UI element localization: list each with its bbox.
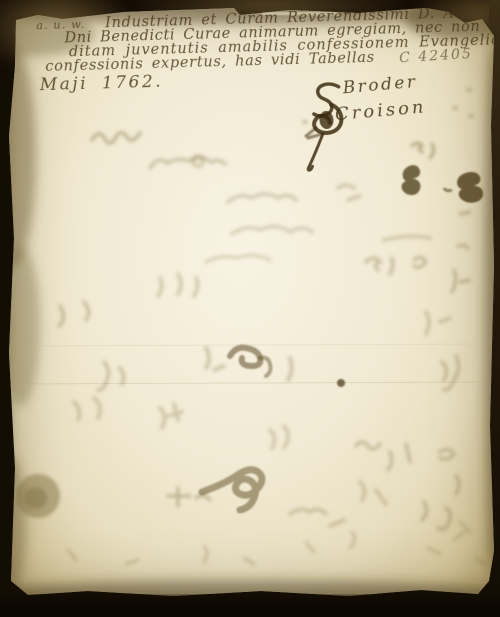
large-flourish bbox=[202, 470, 262, 510]
signature-first-line: Broder bbox=[342, 72, 418, 98]
ink-dot bbox=[337, 379, 345, 387]
frame-bottom-band bbox=[0, 594, 500, 617]
signature: Broder Croison bbox=[296, 60, 495, 186]
inscription-opener: a. u. w. bbox=[36, 18, 85, 32]
date-line: Maji 1762. bbox=[40, 76, 164, 92]
ink-smudge bbox=[230, 348, 260, 366]
round-stain-core bbox=[25, 487, 47, 509]
paper-crease bbox=[10, 344, 492, 346]
ink-blot bbox=[457, 172, 483, 203]
manuscript-page: a. u. w. Industriam et Curam Reverendiss… bbox=[8, 6, 494, 596]
photo-frame: a. u. w. Industriam et Curam Reverendiss… bbox=[0, 0, 500, 617]
ink-blot bbox=[444, 188, 452, 191]
paper-crease bbox=[10, 382, 492, 384]
